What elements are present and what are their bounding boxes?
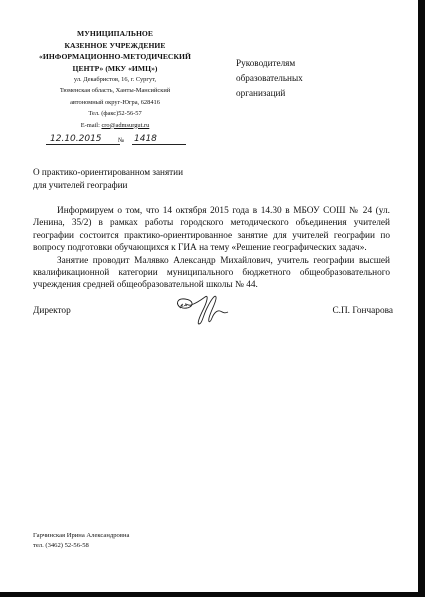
executor-name: Гарчинская Ирина Александровна <box>33 531 129 541</box>
body-paragraph: Занятие проводит Малявко Александр Михай… <box>33 255 390 292</box>
signer-title: Директор <box>33 306 71 316</box>
subject-line-1: О практико-ориентированном занятии <box>33 166 183 179</box>
org-name-line-4: ЦЕНТР» (МКУ «ИМЦ») <box>30 63 200 75</box>
addressee-line-2: образовательных <box>236 71 303 86</box>
registration-number: 1418 <box>132 134 186 145</box>
phone-fax: Тел. (факс)52-56-57 <box>30 108 200 119</box>
letterhead: МУНИЦИПАЛЬНОЕ КАЗЕННОЕ УЧРЕЖДЕНИЕ «ИНФОР… <box>30 28 200 131</box>
email-label: E-mail: <box>81 122 100 129</box>
executor-info: Гарчинская Ирина Александровна тел. (346… <box>33 531 129 551</box>
addressee-line-1: Руководителям <box>236 56 303 71</box>
body-paragraph: Информируем о том, что 14 октября 2015 г… <box>33 205 390 255</box>
scan-border-right <box>418 0 425 600</box>
org-name-line-2: КАЗЕННОЕ УЧРЕЖДЕНИЕ <box>30 40 200 52</box>
letter-subject: О практико-ориентированном занятии для у… <box>33 166 183 191</box>
org-name-line-1: МУНИЦИПАЛЬНОЕ <box>30 28 200 40</box>
registration-date: 12.10.2015 <box>46 134 120 145</box>
org-name-line-3: «ИНФОРМАЦИОННО-МЕТОДИЧЕСКИЙ <box>30 51 200 63</box>
signer-name: С.П. Гончарова <box>332 306 393 316</box>
email-link[interactable]: cro@admsurgut.ru <box>101 122 149 129</box>
letter-page: МУНИЦИПАЛЬНОЕ КАЗЕННОЕ УЧРЕЖДЕНИЕ «ИНФОР… <box>0 0 425 600</box>
subject-line-2: для учителей географии <box>33 179 183 192</box>
address-line-1: ул. Декабристов, 16, г. Сургут, <box>30 74 200 85</box>
executor-phone: тел. (3462) 52-56-58 <box>33 541 129 551</box>
letter-body: Информируем о том, что 14 октября 2015 г… <box>33 205 390 292</box>
address-line-2: Тюменская область, Ханты-Мансийский <box>30 85 200 96</box>
registration-number-label: № <box>118 137 124 144</box>
addressee-line-3: организаций <box>236 86 303 101</box>
address-line-3: автономный округ-Югра, 628416 <box>30 97 200 108</box>
addressee: Руководителям образовательных организаци… <box>236 56 303 101</box>
handwritten-signature-icon <box>171 294 241 328</box>
email-line: E-mail: cro@admsurgut.ru <box>30 120 200 131</box>
